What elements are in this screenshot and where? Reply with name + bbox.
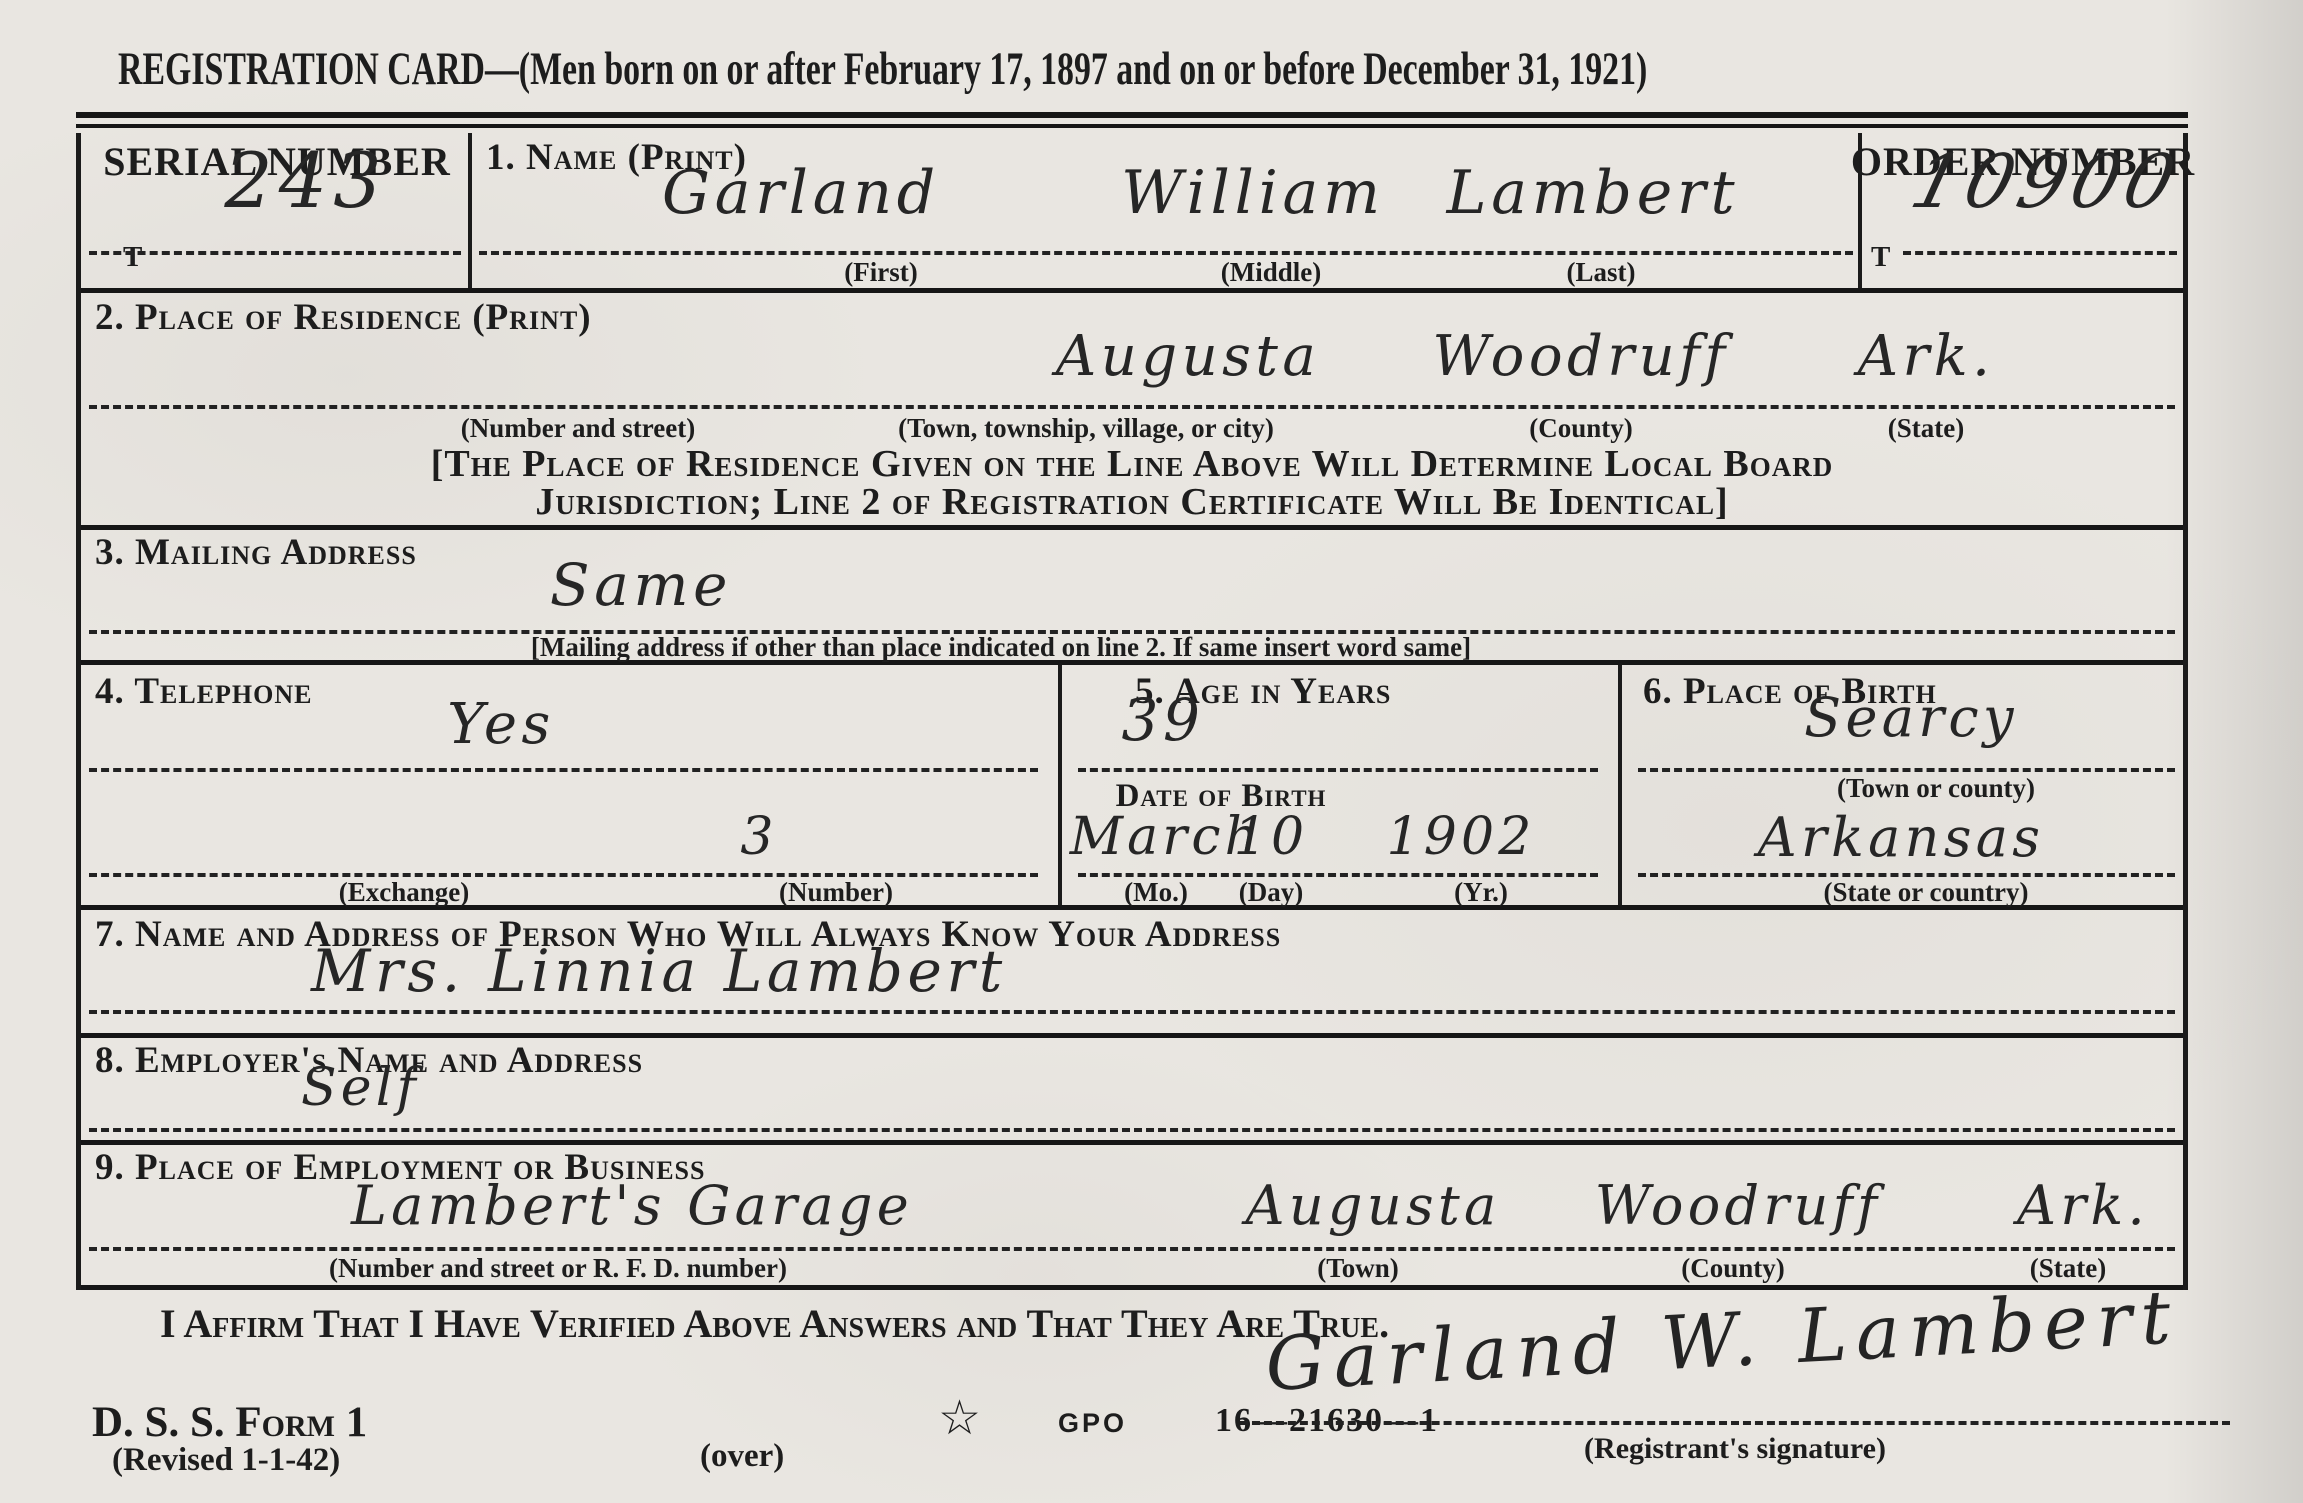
residence-town-value: Augusta <box>1056 329 1320 385</box>
card-form: Serial Number T 243 1. Name (Print) Garl… <box>76 133 2188 1290</box>
registrant-signature: Garland W. Lambert <box>1263 1274 2181 1408</box>
name-middle-caption: (Middle) <box>1221 259 1322 286</box>
signature-caption: (Registrant's signature) <box>1584 1432 1886 1466</box>
registration-card-scan: REGISTRATION CARD—(Men born on or after … <box>0 0 2303 1503</box>
residence-label: 2. Place of Residence (Print) <box>95 299 592 338</box>
name-first-value: Garland <box>662 163 940 223</box>
over-label: (over) <box>700 1438 784 1475</box>
birthplace-state-value: Arkansas <box>1758 811 2045 865</box>
employment-county-value: Woodruff <box>1595 1179 1882 1233</box>
residence-note-line2: Jurisdiction; Line 2 of Registration Cer… <box>81 483 2183 523</box>
row-telephone-age-birth: 4. Telephone Yes 3 (Exchange) (Number) 5… <box>81 665 2183 910</box>
birthplace-town-value: Searcy <box>1804 691 2018 745</box>
row-employment: 9. Place of Employment or Business Lambe… <box>81 1145 2183 1290</box>
affirmation-statement: I Affirm That I Have Verified Above Answ… <box>160 1300 1389 1347</box>
birth-day-value: 10 <box>1234 811 1309 863</box>
residence-county-caption: (County) <box>1529 415 1633 442</box>
birthplace-state-caption: (State or country) <box>1824 879 2029 906</box>
row-employer: 8. Employer's Name and Address Self <box>81 1038 2183 1145</box>
telephone-exchange-line <box>89 768 1038 772</box>
divider-serial-name <box>468 133 472 288</box>
star-icon: ☆ <box>938 1390 981 1446</box>
telephone-number-line <box>89 873 1038 877</box>
name-last-value: Lambert <box>1447 163 1740 223</box>
employment-state-value: Ark. <box>2017 1179 2149 1233</box>
residence-state-value: Ark. <box>1858 329 1995 385</box>
birth-day-caption: (Day) <box>1239 879 1303 906</box>
row-residence: 2. Place of Residence (Print) Augusta Wo… <box>81 293 2183 530</box>
employer-value: Self <box>301 1062 420 1114</box>
name-middle-value: William <box>1121 163 1385 223</box>
employment-county-caption: (County) <box>1681 1255 1785 1282</box>
divider-telephone-age <box>1058 665 1062 905</box>
residence-state-caption: (State) <box>1888 415 1964 442</box>
residence-town-caption: (Town, township, village, or city) <box>898 415 1274 442</box>
employment-town-value: Augusta <box>1246 1179 1501 1233</box>
serial-write-line <box>89 251 461 255</box>
gpo-label: GPO <box>1058 1408 1127 1439</box>
birthplace-town-line <box>1638 768 2175 772</box>
telephone-number-value: 3 <box>740 811 777 863</box>
order-write-line <box>1903 251 2177 255</box>
signature-line <box>1240 1421 2230 1425</box>
birth-year-value: 1902 <box>1387 811 1536 863</box>
name-last-caption: (Last) <box>1567 259 1636 286</box>
name-write-line <box>479 251 1853 255</box>
residence-write-line <box>89 405 2175 409</box>
residence-street-caption: (Number and street) <box>461 415 695 442</box>
mailing-value: Same <box>550 556 732 614</box>
contact-value: Mrs. Linnia Lambert <box>311 942 1007 1000</box>
employment-street-value: Lambert's Garage <box>351 1179 913 1233</box>
telephone-label: 4. Telephone <box>95 673 312 712</box>
contact-write-line <box>89 1010 2175 1014</box>
form-revision: (Revised 1-1-42) <box>112 1442 340 1479</box>
birth-year-caption: (Yr.) <box>1454 879 1508 906</box>
employment-street-caption: (Number and street or R. F. D. number) <box>329 1255 787 1282</box>
employment-town-caption: (Town) <box>1317 1255 1399 1282</box>
serial-prefix: T <box>123 241 142 274</box>
telephone-number-caption: (Number) <box>779 879 893 906</box>
row-serial-name-order: Serial Number T 243 1. Name (Print) Garl… <box>81 133 2183 293</box>
divider-age-birth <box>1618 665 1622 905</box>
title-double-rule <box>76 112 2188 128</box>
telephone-exchange-value: Yes <box>447 697 554 753</box>
employer-write-line <box>89 1128 2175 1132</box>
order-number-value: 10900 <box>1904 145 2187 219</box>
mailing-caption: [Mailing address if other than place ind… <box>531 634 1471 661</box>
employment-write-line <box>89 1247 2175 1251</box>
age-write-line <box>1078 768 1598 772</box>
form-number: D. S. S. Form 1 <box>92 1398 367 1447</box>
row-contact-person: 7. Name and Address of Person Who Will A… <box>81 910 2183 1038</box>
age-value: 39 <box>1121 691 1204 749</box>
residence-county-value: Woodruff <box>1432 329 1729 385</box>
order-prefix: T <box>1871 241 1890 274</box>
name-first-caption: (First) <box>844 259 917 286</box>
mailing-label: 3. Mailing Address <box>95 534 417 573</box>
row-mailing: 3. Mailing Address Same [Mailing address… <box>81 530 2183 665</box>
telephone-exchange-caption: (Exchange) <box>339 879 470 906</box>
serial-number-value: 243 <box>224 143 387 219</box>
birthplace-town-caption: (Town or county) <box>1837 775 2035 802</box>
residence-note-line1: [The Place of Residence Given on the Lin… <box>81 445 2183 485</box>
card-title: REGISTRATION CARD—(Men born on or after … <box>118 42 1647 96</box>
birth-month-caption: (Mo.) <box>1124 879 1188 906</box>
